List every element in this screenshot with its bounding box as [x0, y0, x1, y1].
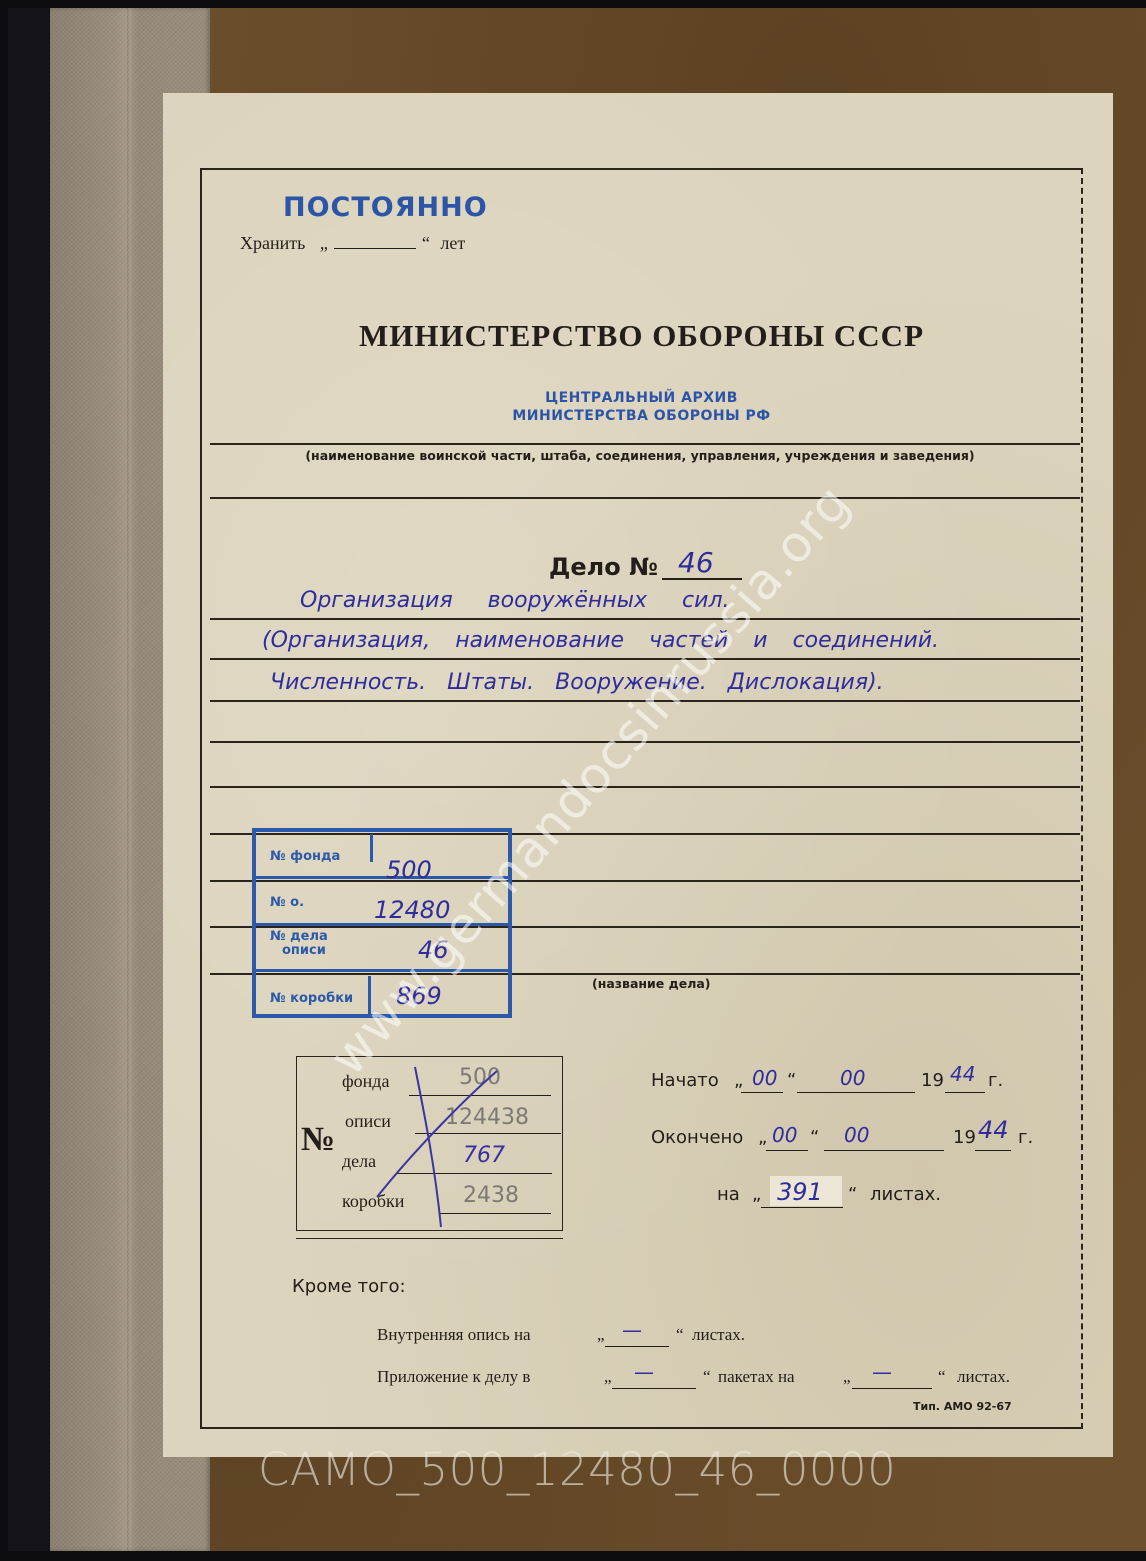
inner-inventory-prefix: Внутренняя опись на: [377, 1325, 531, 1345]
rule-line: [296, 1238, 563, 1239]
case-number-label: Дело №: [549, 553, 658, 581]
quote-close: “: [676, 1325, 684, 1345]
opis-label: № о.: [270, 896, 304, 909]
print-mark: Тип. АМО 92-67: [913, 1400, 1012, 1413]
quote-open: „: [604, 1367, 612, 1387]
sheets-blank: [761, 1207, 843, 1208]
quote-close: “: [848, 1184, 857, 1205]
appendix-middle: пакетах на: [718, 1367, 795, 1387]
rule-line: [210, 786, 1080, 788]
rule-line: [210, 497, 1080, 499]
sheets-count: 391: [777, 1178, 823, 1206]
sheets-suffix: листах.: [870, 1184, 941, 1205]
started-century: 19: [921, 1070, 944, 1091]
keep-label: Хранить: [240, 233, 305, 253]
case-title-line-2: (Организация, наименование частей и соед…: [262, 628, 939, 653]
started-label: Начато: [651, 1070, 719, 1091]
fond-value: 500: [386, 856, 432, 884]
ended-year-blank: [975, 1150, 1011, 1151]
ended-month-blank: [824, 1150, 944, 1151]
quote-close: “: [810, 1127, 819, 1148]
keep-years-blank: [334, 234, 416, 249]
started-month-blank: [797, 1092, 915, 1093]
inner-inventory-blank: [605, 1346, 669, 1347]
appendix-packets-blank: [612, 1388, 696, 1389]
quote-close: “: [703, 1367, 711, 1387]
scan-dark-edge: [8, 8, 50, 1551]
started-month: 00: [840, 1066, 865, 1090]
keep-open-quote: „: [320, 233, 328, 253]
file-code-watermark: CAMO_500_12480_46_0000: [258, 1443, 896, 1496]
appendix-packets-value: —: [634, 1360, 654, 1384]
ended-month: 00: [844, 1123, 869, 1147]
quote-open: „: [734, 1070, 743, 1091]
archive-stamp-line-1: ЦЕНТРАЛЬНЫЙ АРХИВ: [200, 390, 1083, 406]
quote-close: “: [938, 1367, 946, 1387]
rule-line: [210, 443, 1080, 445]
case-title-line-3: Численность. Штаты. Вооружение. Дислокац…: [270, 670, 884, 695]
appendix-sheets-blank: [852, 1388, 932, 1389]
stamp-divider: [256, 969, 508, 972]
ended-suffix: г.: [1018, 1127, 1033, 1148]
appendix-suffix: листах.: [957, 1367, 1010, 1387]
spine-fold: [127, 8, 131, 1551]
form-frame: [200, 168, 1083, 1429]
ended-year: 44: [978, 1116, 1009, 1144]
delo-opisi-label: описи: [282, 944, 326, 957]
rule-line: [210, 658, 1080, 660]
delo-label: № дела: [270, 930, 328, 943]
quote-open: „: [597, 1325, 605, 1345]
keep-years-line: Хранить „“ лет: [240, 233, 465, 254]
quote-close: “: [787, 1070, 796, 1091]
stamp-divider: [370, 834, 373, 862]
archive-stamp-line-2: МИНИСТЕРСТВА ОБОРОНЫ РФ: [200, 408, 1083, 424]
keep-close-quote: “: [422, 233, 430, 253]
started-day: 00: [752, 1066, 777, 1090]
case-title-caption: (название дела): [592, 976, 711, 991]
started-suffix: г.: [988, 1070, 1003, 1091]
inner-inventory-value: —: [622, 1318, 642, 1342]
extras-heading: Кроме того:: [292, 1276, 406, 1297]
sheets-prefix: на: [717, 1184, 740, 1205]
cross-out-mark-icon: [297, 1057, 564, 1232]
rule-line: [210, 618, 1080, 620]
unit-caption: (наименование воинской части, штаба, сое…: [160, 448, 1120, 463]
ended-day-blank: [766, 1150, 808, 1151]
ended-century: 19: [953, 1127, 976, 1148]
keep-unit: лет: [440, 233, 465, 253]
quote-open: „: [843, 1367, 851, 1387]
started-year-blank: [945, 1092, 985, 1093]
ministry-title: МИНИСТЕРСТВО ОБОРОНЫ СССР: [200, 318, 1083, 354]
case-title-line-1: Организация вооружённых сил.: [300, 588, 730, 613]
retention-stamp: ПОСТОЯННО: [283, 192, 488, 223]
box-label: № коробки: [270, 992, 353, 1005]
appendix-prefix: Приложение к делу в: [377, 1367, 530, 1387]
quote-open: „: [758, 1127, 767, 1148]
ended-label: Окончено: [651, 1127, 743, 1148]
started-day-blank: [741, 1092, 783, 1093]
appendix-sheets-value: —: [872, 1360, 892, 1384]
fond-label: № фонда: [270, 850, 340, 863]
inner-inventory-suffix: листах.: [692, 1325, 745, 1345]
quote-open: „: [752, 1184, 761, 1205]
case-number-value: 46: [678, 546, 714, 579]
ended-day: 00: [772, 1123, 797, 1147]
old-reference-box: № фонда 500 описи 124438 дела 767 коробк…: [296, 1056, 563, 1231]
started-year: 44: [950, 1062, 975, 1086]
